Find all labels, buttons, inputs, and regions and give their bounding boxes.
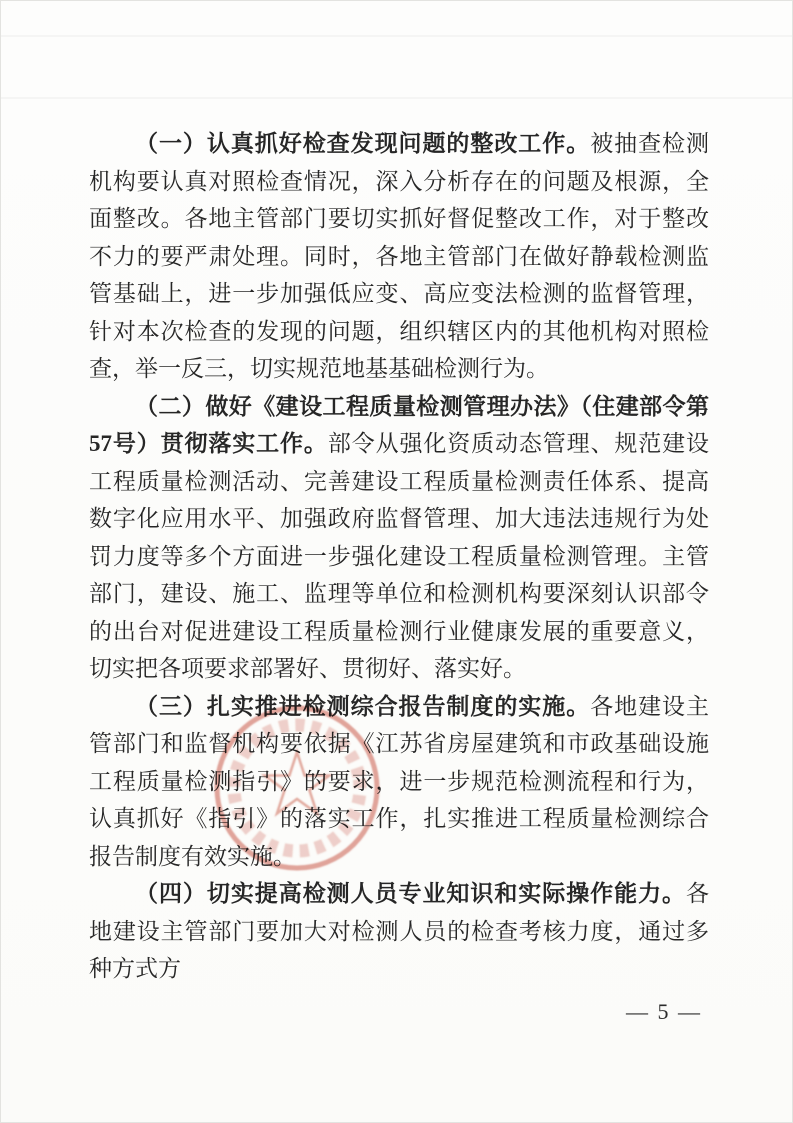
paragraph-4-heading: （四）切实提高检测人员专业知识和实际操作能力。 [135,881,686,906]
paragraph-2-text: 部令从强化资质动态管理、规范建设工程质量检测活动、完善建设工程质量检测责任体系、… [89,431,709,681]
paragraph-4: （四）切实提高检测人员专业知识和实际操作能力。各地建设主管部门要加大对检测人员的… [89,875,709,988]
document-page: （一）认真抓好检查发现问题的整改工作。被抽查检测机构要认真对照检查情况，深入分析… [0,0,793,1123]
scan-artifact [1,97,792,99]
page-number: — 5 — [626,999,702,1025]
paragraph-1: （一）认真抓好检查发现问题的整改工作。被抽查检测机构要认真对照检查情况，深入分析… [89,125,709,388]
scan-artifact [1,35,792,37]
paragraph-3-heading: （三）扎实推进检测综合报告制度的实施。 [135,694,590,719]
paragraph-3-text: 各地建设主管部门和监督机构要依据《江苏省房屋建筑和市政基础设施工程质量检测指引》… [89,694,709,869]
document-body: （一）认真抓好检查发现问题的整改工作。被抽查检测机构要认真对照检查情况，深入分析… [89,125,709,988]
paragraph-2: （二）做好《建设工程质量检测管理办法》（住建部令第57号）贯彻落实工作。部令从强… [89,388,709,688]
paragraph-1-text: 被抽查检测机构要认真对照检查情况，深入分析存在的问题及根源，全面整改。各地主管部… [89,131,709,381]
paragraph-1-heading: （一）认真抓好检查发现问题的整改工作。 [135,131,590,156]
paragraph-3: （三）扎实推进检测综合报告制度的实施。各地建设主管部门和监督机构要依据《江苏省房… [89,688,709,876]
